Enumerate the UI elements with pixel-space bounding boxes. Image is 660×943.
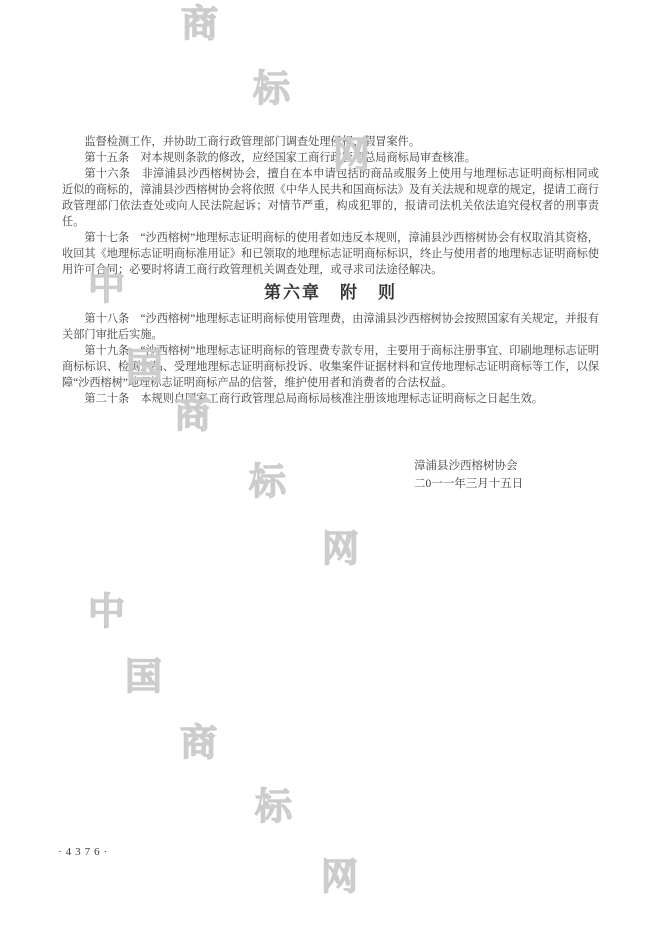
watermark-char: 标 bbox=[249, 463, 286, 500]
watermark-char: 中 bbox=[88, 593, 125, 630]
page-number: ·4376· bbox=[58, 846, 111, 858]
signature-organization: 漳浦县沙西榕树协会 bbox=[414, 458, 523, 476]
watermark-char: 网 bbox=[321, 858, 358, 895]
watermark-char: 标 bbox=[255, 788, 292, 825]
watermark-char: 商 bbox=[180, 724, 217, 761]
body-paragraph: 第十七条 “沙西榕树”地理标志证明商标的使用者如违反本规则，漳浦县沙西榕树协会有… bbox=[62, 230, 599, 278]
signature-block: 漳浦县沙西榕树协会 二0一一年三月十五日 bbox=[414, 458, 523, 493]
watermark-char: 标 bbox=[253, 70, 290, 107]
body-paragraph: 第十五条 对本规则条款的修改，应经国家工商行政管理总局商标局审查核准。 bbox=[62, 150, 599, 166]
articles-section-2: 第十八条 “沙西榕树”地理标志证明商标使用管理费，由漳浦县沙西榕树协会按照国家有… bbox=[62, 311, 599, 407]
articles-section-1: 监督检测工作，并协助工商行政管理部门调查处理侵权、假冒案件。 第十五条 对本规则… bbox=[62, 134, 599, 278]
body-paragraph: 第十六条 非漳浦县沙西榕树协会，擅自在本申请包括的商品或服务上使用与地理标志证明… bbox=[62, 166, 599, 230]
body-paragraph: 第十九条 “沙西榕树”地理标志证明商标的管理费专款专用，主要用于商标注册事宜、印… bbox=[62, 343, 599, 391]
document-page: 商标网中国商标网中国商标网 监督检测工作，并协助工商行政管理部门调查处理侵权、假… bbox=[0, 0, 660, 943]
body-paragraph: 监督检测工作，并协助工商行政管理部门调查处理侵权、假冒案件。 bbox=[62, 134, 599, 150]
body-paragraph: 第十八条 “沙西榕树”地理标志证明商标使用管理费，由漳浦县沙西榕树协会按照国家有… bbox=[62, 311, 599, 343]
watermark-char: 商 bbox=[181, 5, 218, 42]
watermark-char: 国 bbox=[125, 658, 162, 695]
watermark-char: 网 bbox=[322, 530, 359, 567]
chapter-heading: 第六章 附 则 bbox=[62, 281, 599, 305]
document-body: 监督检测工作，并协助工商行政管理部门调查处理侵权、假冒案件。 第十五条 对本规则… bbox=[62, 134, 599, 407]
signature-date: 二0一一年三月十五日 bbox=[414, 476, 523, 494]
body-paragraph: 第二十条 本规则自国家工商行政管理总局商标局核准注册该地理标志证明商标之日起生效… bbox=[62, 391, 599, 407]
